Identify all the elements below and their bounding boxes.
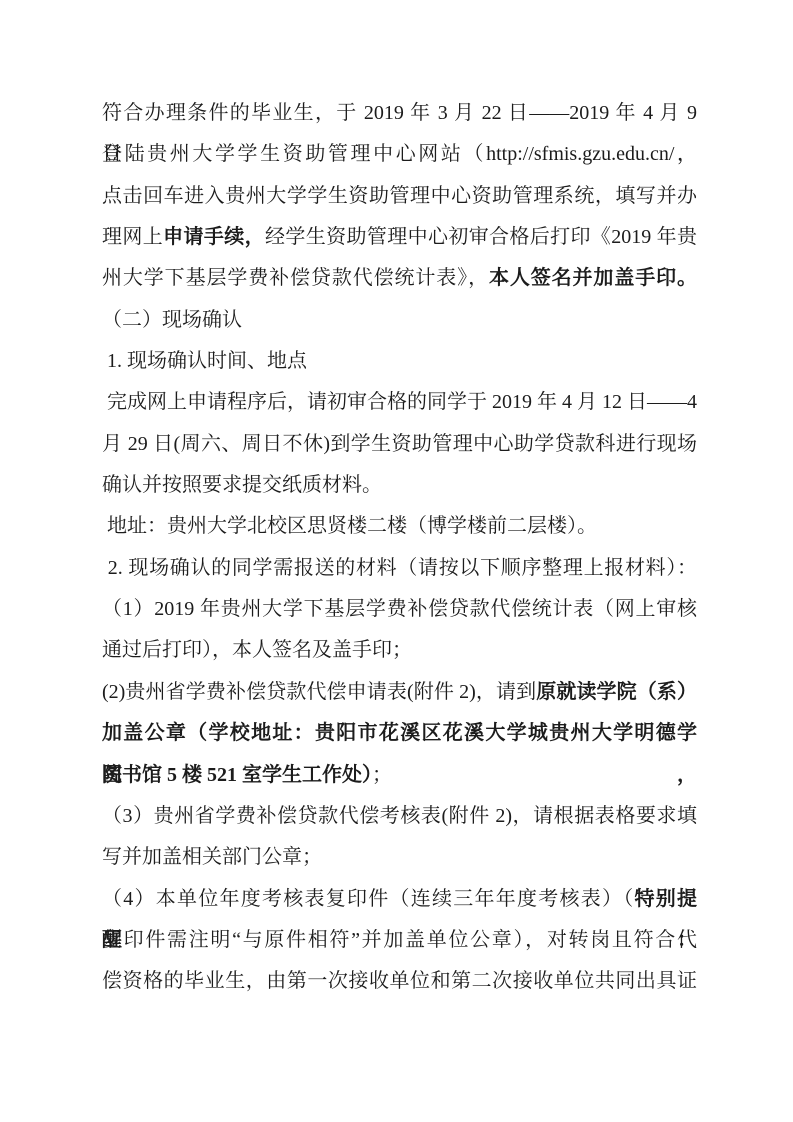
text-line: 写并加盖相关部门公章； [102, 837, 697, 878]
text-line: 地址：贵州大学北校区思贤楼二楼（博学楼前二层楼）。 [102, 506, 697, 547]
document-body: 符合办理条件的毕业生，于 2019 年 3 月 22 日——2019 年 4 月… [102, 93, 697, 1003]
text-line: 理网上申请手续，经学生资助管理中心初审合格后打印《2019 年贵 [102, 217, 697, 258]
text-line: 登陆贵州大学学生资助管理中心网站（http://sfmis.gzu.edu.cn… [102, 134, 697, 175]
text-line: （4）本单位年度考核表复印件（连续三年年度考核表）（特别提醒： [102, 879, 697, 920]
text-segment: 点击回车进入贵州大学学生资助管理中心资助管理系统，填写并办 [102, 185, 697, 207]
text-segment: 复印件需注明“与原件相符”并加盖单位公章），对转岗且符合代 [102, 929, 697, 951]
document-page: 符合办理条件的毕业生，于 2019 年 3 月 22 日——2019 年 4 月… [0, 0, 793, 1122]
text-segment-bold: 本人签名并加盖手印。 [489, 267, 697, 289]
text-line: （1）2019 年贵州大学下基层学费补偿贷款代偿统计表（网上审核 [102, 589, 697, 630]
text-line: 州大学下基层学费补偿贷款代偿统计表》，本人签名并加盖手印。 [102, 258, 697, 299]
text-segment-bold: 图书馆 5 楼 521 室学生工作处） [102, 764, 372, 786]
text-segment: ； [372, 764, 392, 786]
text-segment-bold: 申请手续， [163, 226, 265, 248]
text-segment: 通过后打印），本人签名及盖手印； [102, 639, 412, 661]
text-segment: 1. 现场确认时间、地点 [102, 350, 307, 372]
text-segment: 州大学下基层学费补偿贷款代偿统计表》， [102, 267, 489, 289]
text-segment: 经学生资助管理中心初审合格后打印《2019 年贵 [265, 226, 697, 248]
text-segment: 2. 现场确认的同学需报送的材料（请按以下顺序整理上报材料）： [102, 557, 697, 579]
text-line: 点击回车进入贵州大学学生资助管理中心资助管理系统，填写并办 [102, 176, 697, 217]
text-line: 通过后打印），本人签名及盖手印； [102, 630, 697, 671]
text-segment: 确认并按照要求提交纸质材料。 [102, 474, 382, 496]
text-line: 偿资格的毕业生，由第一次接收单位和第二次接收单位共同出具证 [102, 961, 697, 1002]
text-line: 复印件需注明“与原件相符”并加盖单位公章），对转岗且符合代 [102, 920, 697, 961]
text-line: (2)贵州省学费补偿贷款代偿申请表(附件 2)，请到原就读学院（系） [102, 672, 697, 713]
text-segment: 完成网上申请程序后，请初审合格的同学于 2019 年 4 月 12 日——4 [102, 391, 697, 413]
text-line: 2. 现场确认的同学需报送的材料（请按以下顺序整理上报材料）： [102, 548, 697, 589]
text-segment: 偿资格的毕业生，由第一次接收单位和第二次接收单位共同出具证 [102, 970, 697, 992]
text-line: 1. 现场确认时间、地点 [102, 341, 697, 382]
text-line: 加盖公章（学校地址：贵阳市花溪区花溪大学城贵州大学明德学院， [102, 713, 697, 754]
text-line: 符合办理条件的毕业生，于 2019 年 3 月 22 日——2019 年 4 月… [102, 93, 697, 134]
text-segment-bold: 原就读学院（系） [536, 681, 697, 703]
text-segment: （二）现场确认 [102, 309, 242, 331]
text-line: 月 29 日(周六、周日不休)到学生资助管理中心助学贷款科进行现场 [102, 424, 697, 465]
text-line: 确认并按照要求提交纸质材料。 [102, 465, 697, 506]
text-segment: (2)贵州省学费补偿贷款代偿申请表(附件 2)，请到 [102, 681, 536, 703]
text-segment: 理网上 [102, 226, 163, 248]
text-segment: 写并加盖相关部门公章； [102, 846, 322, 868]
text-segment: （4）本单位年度考核表复印件（连续三年年度考核表）（ [102, 888, 635, 910]
text-segment: （1）2019 年贵州大学下基层学费补偿贷款代偿统计表（网上审核 [102, 598, 697, 620]
text-line: （二）现场确认 [102, 300, 697, 341]
text-segment: 登陆贵州大学学生资助管理中心网站（http://sfmis.gzu.edu.cn… [102, 143, 697, 165]
text-segment: 月 29 日(周六、周日不休)到学生资助管理中心助学贷款科进行现场 [102, 433, 697, 455]
text-line: 完成网上申请程序后，请初审合格的同学于 2019 年 4 月 12 日——4 [102, 382, 697, 423]
text-line: （3）贵州省学费补偿贷款代偿考核表(附件 2)，请根据表格要求填 [102, 796, 697, 837]
text-segment: 地址：贵州大学北校区思贤楼二楼（博学楼前二层楼）。 [102, 515, 597, 537]
text-segment: （3）贵州省学费补偿贷款代偿考核表(附件 2)，请根据表格要求填 [102, 805, 697, 827]
